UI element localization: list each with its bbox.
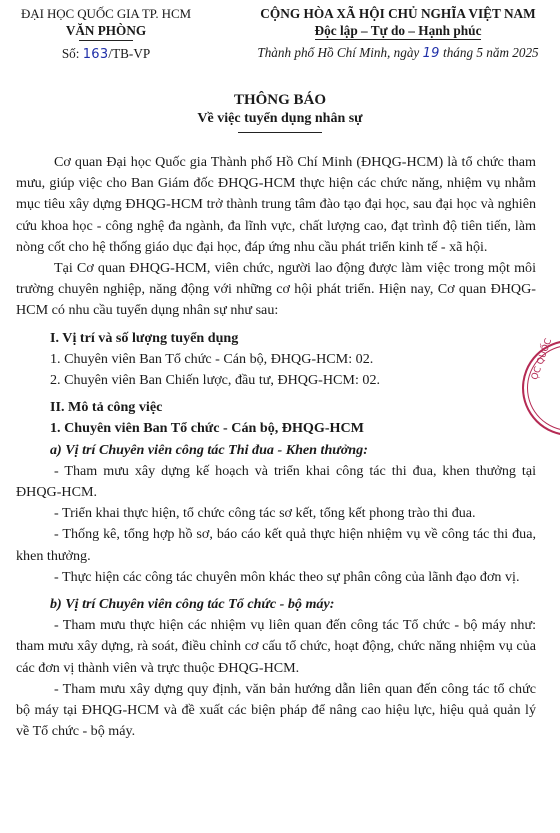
- position-item: 1. Chuyên viên Ban Tổ chức - Cán bộ, ĐHQ…: [50, 349, 536, 370]
- document-subtitle: Về việc tuyển dụng nhân sự: [0, 110, 560, 128]
- document-number: Số: 163/TB-VP: [8, 46, 204, 63]
- date-line: Thành phố Hồ Chí Minh, ngày 19 tháng 5 n…: [236, 45, 560, 62]
- doc-no-suffix: /TB-VP: [108, 46, 150, 61]
- issuer-office-text: VĂN PHÒNG: [66, 23, 146, 38]
- date-suffix: tháng 5 năm 2025: [440, 45, 539, 60]
- document-title-block: THÔNG BÁO Về việc tuyển dụng nhân sự: [0, 90, 560, 133]
- national-header: CỘNG HÒA XÃ HỘI CHỦ NGHĨA VIỆT NAM Độc l…: [236, 6, 560, 62]
- duty-item: - Tham mưu thực hiện các nhiệm vụ liên q…: [16, 615, 536, 679]
- intro-paragraph-2: Tại Cơ quan ĐHQG-HCM, viên chức, người l…: [16, 258, 536, 322]
- duty-item: - Tham mưu xây dựng kế hoạch và triển kh…: [16, 461, 536, 503]
- intro-paragraph-1: Cơ quan Đại học Quốc gia Thành phố Hồ Ch…: [16, 152, 536, 258]
- duty-item: - Thực hiện các công tác chuyên môn khác…: [16, 567, 536, 588]
- document-title: THÔNG BÁO: [0, 90, 560, 110]
- doc-no-prefix: Số:: [62, 46, 83, 61]
- issuer-organization: ĐẠI HỌC QUỐC GIA TP. HCM: [8, 6, 204, 22]
- position-b-heading: b) Vị trí Chuyên viên công tác Tổ chức -…: [50, 594, 536, 615]
- issuer-block: ĐẠI HỌC QUỐC GIA TP. HCM VĂN PHÒNG Số: 1…: [8, 6, 204, 63]
- duty-item: - Triển khai thực hiện, tổ chức công tác…: [16, 503, 536, 524]
- section-1-heading: I. Vị trí và số lượng tuyển dụng: [50, 328, 536, 349]
- document-body: Cơ quan Đại học Quốc gia Thành phố Hồ Ch…: [16, 152, 536, 742]
- section-2-subheading: 1. Chuyên viên Ban Tổ chức - Cán bộ, ĐHQ…: [50, 418, 536, 439]
- doc-no-handwritten: 163: [83, 47, 109, 62]
- date-day-handwritten: 19: [423, 46, 440, 61]
- position-item: 2. Chuyên viên Ban Chiến lược, đầu tư, Đ…: [50, 370, 536, 391]
- date-prefix: Thành phố Hồ Chí Minh, ngày: [257, 45, 422, 60]
- position-a-heading: a) Vị trí Chuyên viên công tác Thi đua -…: [50, 440, 536, 461]
- issuer-office: VĂN PHÒNG: [66, 23, 146, 41]
- office-underline: [79, 40, 133, 41]
- title-underline: [238, 132, 322, 133]
- duty-item: - Thống kê, tổng hợp hồ sơ, báo cáo kết …: [16, 524, 536, 566]
- duty-item: - Tham mưu xây dựng quy định, văn bản hư…: [16, 679, 536, 743]
- nation-name: CỘNG HÒA XÃ HỘI CHỦ NGHĨA VIỆT NAM: [236, 6, 560, 22]
- national-motto: Độc lập – Tự do – Hạnh phúc: [315, 23, 482, 40]
- document-page: ĐẠI HỌC QUỐC GIA TP. HCM VĂN PHÒNG Số: 1…: [0, 0, 560, 833]
- section-2-heading: II. Mô tả công việc: [50, 397, 536, 418]
